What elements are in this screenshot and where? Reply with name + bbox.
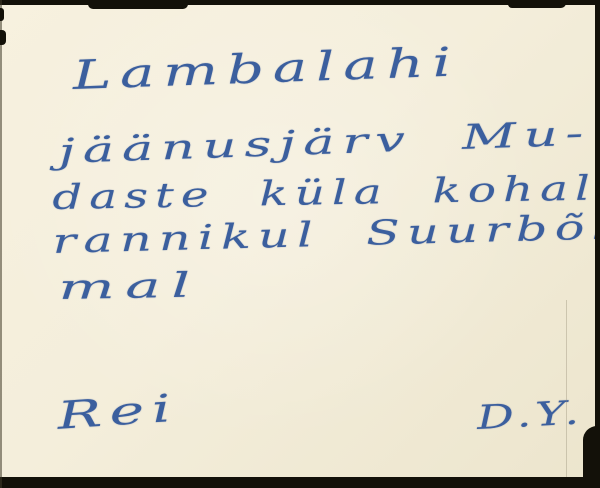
handwritten-line-1: jäänusjärv Mu- <box>58 115 592 171</box>
scan-edge-top-bump-right <box>508 0 566 8</box>
scan-edge-bottom-right-corner <box>583 426 600 488</box>
scan-edge-left-hairline <box>0 0 2 488</box>
paper-crease-line <box>566 300 567 478</box>
card-title-handwritten: Lambalahi <box>72 40 460 97</box>
index-card-paper: Lambalahi jäänusjärv Mu- daste küla koha… <box>0 0 600 488</box>
handwritten-line-4: mal <box>58 268 201 308</box>
scan-edge-notch-1 <box>0 8 4 21</box>
signature-place-name: Rei <box>56 388 180 438</box>
scan-edge-top-bump-left <box>88 0 188 9</box>
signature-initials: D.Y. <box>476 394 584 436</box>
scan-edge-right <box>595 0 600 488</box>
scan-edge-bottom <box>0 477 600 488</box>
scan-edge-notch-2 <box>0 30 6 45</box>
scanned-note-card-photo: Lambalahi jäänusjärv Mu- daste küla koha… <box>0 0 600 488</box>
